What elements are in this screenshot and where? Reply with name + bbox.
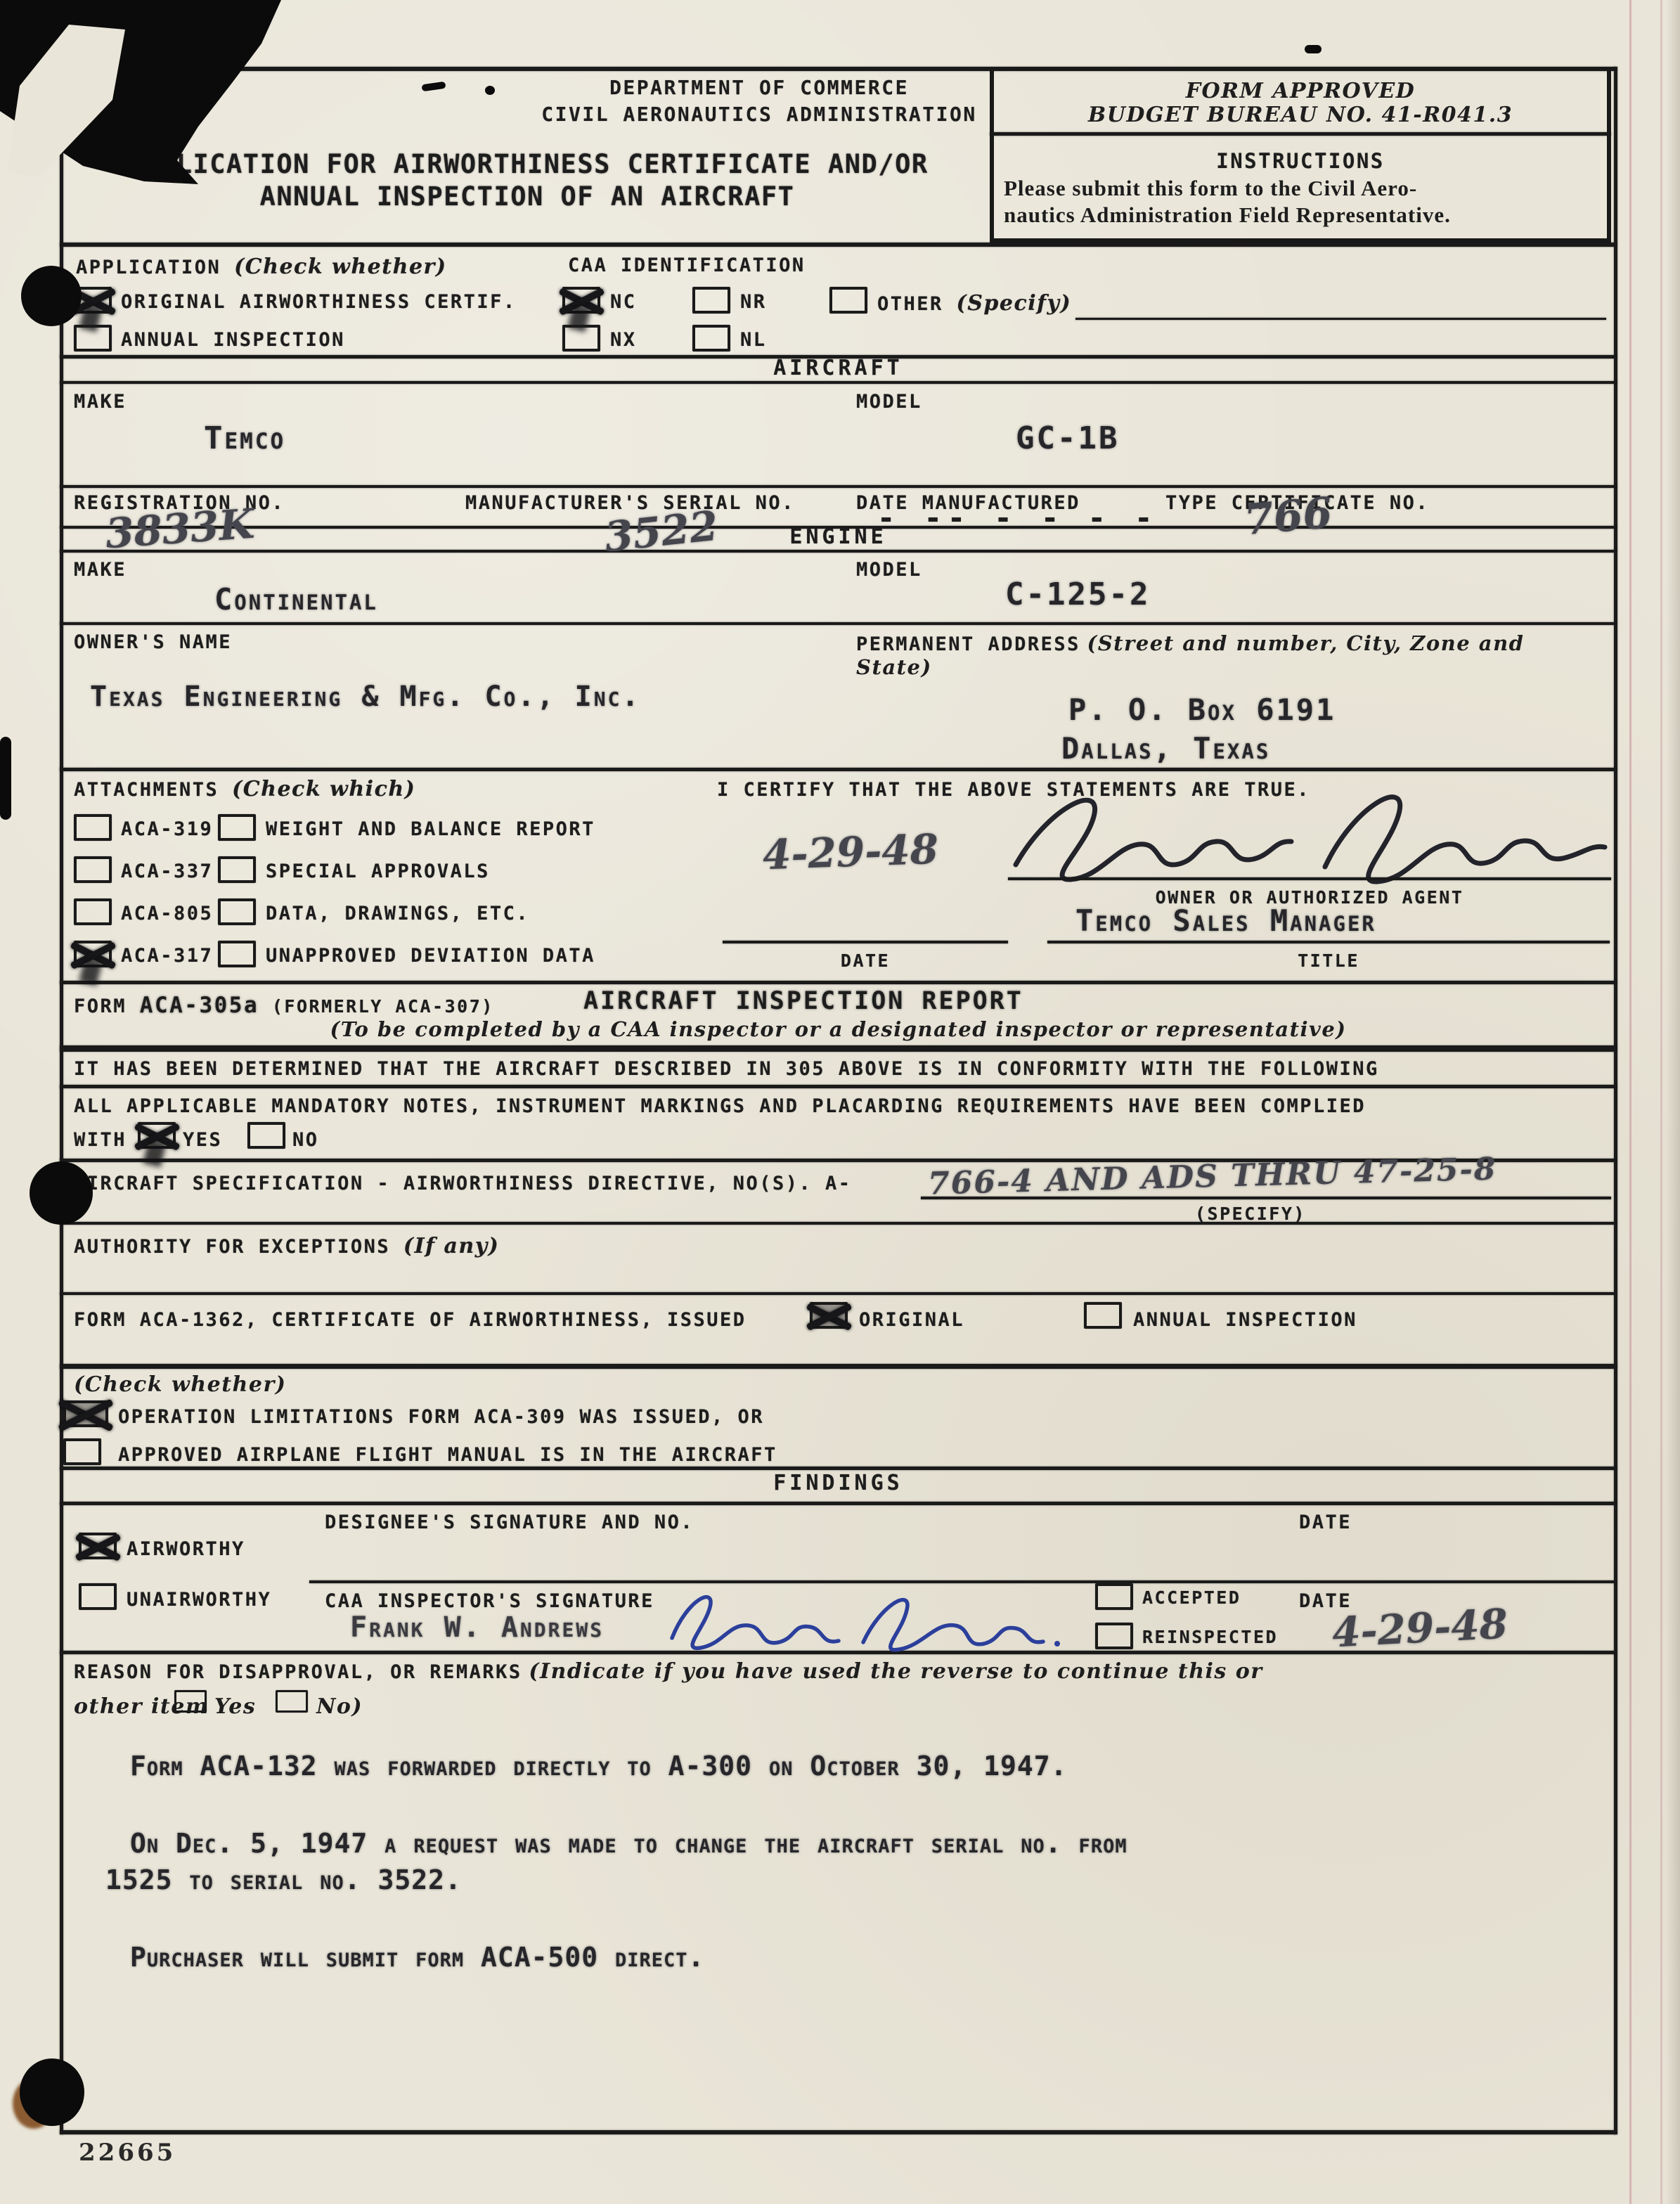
certification-title-caption: TITLE — [1047, 950, 1610, 971]
certification-date-line[interactable] — [723, 941, 1008, 943]
divider-thick — [60, 1364, 1617, 1369]
engine-model-value: C-125-2 — [1005, 576, 1150, 612]
application-label-text: APPLICATION — [76, 257, 221, 278]
remark-line-1: Form ACA-132 was forwarded directly to A… — [130, 1751, 1068, 1781]
checkbox-data-drawings[interactable] — [218, 898, 256, 925]
determination-text: IT HAS BEEN DETERMINED THAT THE AIRCRAFT… — [74, 1058, 1379, 1080]
engine-make-label: MAKE — [74, 559, 127, 581]
control-number: 22665 — [79, 2139, 176, 2167]
hole-punch-middle — [30, 1161, 93, 1225]
scan-edge-mark — [0, 737, 11, 820]
form-approved-line2: BUDGET BUREAU NO. 41-R041.3 — [991, 103, 1610, 127]
form-title-line1: APPLICATION FOR AIRWORTHINESS CERTIFICAT… — [91, 149, 963, 179]
form-approved-line1: FORM APPROVED — [991, 79, 1610, 103]
remarks-label-text: REASON FOR DISAPPROVAL, OR REMARKS — [74, 1661, 522, 1683]
specify-hint: (SPECIFY) — [1195, 1204, 1306, 1224]
findings-section-title: FINDINGS — [60, 1471, 1617, 1495]
divider — [60, 1292, 1617, 1295]
checkbox-accepted[interactable] — [1095, 1583, 1133, 1610]
scanned-form-page: DEPARTMENT OF COMMERCE CIVIL AERONAUTICS… — [0, 0, 1680, 2204]
checkbox-annual-inspection[interactable] — [74, 325, 112, 352]
remark-line-3: 1525 to serial no. 3522. — [105, 1864, 462, 1895]
instructions-title: INSTRUCTIONS — [991, 149, 1610, 173]
caa-identification-label: CAA IDENTIFICATION — [568, 254, 806, 276]
checkbox-aca-319[interactable] — [74, 814, 112, 841]
engine-make-value: Continental — [214, 582, 378, 617]
engine-section-title: ENGINE — [60, 524, 1617, 549]
option-special-approvals: SPECIAL APPROVALS — [266, 861, 490, 882]
hole-punch-bottom — [20, 2058, 84, 2126]
compliance-text: ALL APPLICABLE MANDATORY NOTES, INSTRUME… — [74, 1095, 1366, 1117]
divider — [60, 768, 1617, 771]
agency-line2: CIVIL AERONAUTICS ADMINISTRATION — [492, 103, 1026, 126]
owner-name-label: OWNER'S NAME — [74, 631, 232, 653]
authority-exceptions-label: AUTHORITY FOR EXCEPTIONS (If any) — [74, 1234, 499, 1258]
option-nc: NC — [610, 291, 637, 313]
certification-title-line[interactable] — [1047, 941, 1610, 943]
option-aca-805: ACA-805 — [121, 903, 213, 924]
aircraft-make-label: MAKE — [74, 391, 127, 413]
form-prefix: FORM — [74, 995, 127, 1017]
checkbox-issued-original[interactable] — [810, 1302, 848, 1329]
divider — [60, 485, 1617, 488]
address-line2: Dallas, Texas — [1061, 731, 1270, 766]
checkbox-reverse-yes[interactable] — [174, 1690, 207, 1713]
checkbox-flight-manual[interactable] — [63, 1438, 101, 1465]
divider-thick — [60, 1045, 1617, 1052]
certification-date-caption: DATE — [723, 950, 1008, 971]
authority-hint: (If any) — [403, 1234, 499, 1258]
checkbox-airworthy[interactable] — [79, 1533, 117, 1559]
checkbox-nc[interactable] — [562, 287, 600, 314]
divider — [60, 381, 1617, 384]
address-label: PERMANENT ADDRESS (Street and number, Ci… — [856, 631, 1601, 679]
ink-speck — [421, 82, 446, 92]
remarks-no-label: No) — [316, 1694, 363, 1719]
complied-yes-label: YES — [183, 1129, 222, 1151]
designee-signature-label: DESIGNEE'S SIGNATURE AND NO. — [325, 1512, 694, 1533]
aca-1362-label: FORM ACA-1362, CERTIFICATE OF AIRWORTHIN… — [74, 1309, 747, 1331]
owner-signature-line[interactable] — [1008, 877, 1611, 880]
option-weight-balance: WEIGHT AND BALANCE REPORT — [266, 818, 595, 840]
checkbox-unairworthy[interactable] — [79, 1583, 117, 1610]
address-label-text: PERMANENT ADDRESS — [856, 633, 1080, 655]
checkbox-unapproved-deviation[interactable] — [218, 941, 256, 967]
checkbox-nl[interactable] — [692, 325, 730, 352]
agency-line1: DEPARTMENT OF COMMERCE — [492, 76, 1026, 99]
option-issued-annual: ANNUAL INSPECTION — [1133, 1309, 1357, 1331]
form-number: ACA-305a — [140, 993, 259, 1018]
checkbox-reinspected[interactable] — [1095, 1623, 1133, 1649]
remarks-yes-label: Yes — [214, 1694, 256, 1719]
complied-no-label: NO — [292, 1129, 319, 1151]
option-nl: NL — [740, 329, 767, 351]
ink-speck — [1305, 45, 1322, 53]
remarks-label-line: REASON FOR DISAPPROVAL, OR REMARKS (Indi… — [74, 1659, 1263, 1684]
checkbox-aca-317[interactable] — [74, 941, 112, 967]
checkbox-aca-337[interactable] — [74, 856, 112, 883]
checkbox-complied-no[interactable] — [247, 1122, 285, 1149]
divider — [60, 981, 1617, 984]
attachments-hint: (Check which) — [232, 777, 415, 801]
check-whether-hint: (Check whether) — [74, 1372, 286, 1397]
remarks-hint1: (Indicate if you have used the reverse t… — [529, 1659, 1262, 1684]
owner-name-value: Texas Engineering & Mfg. Co., Inc. — [90, 681, 641, 713]
remark-line-4: Purchaser will submit form ACA-500 direc… — [130, 1942, 704, 1973]
option-data-drawings: DATA, DRAWINGS, ETC. — [266, 903, 529, 924]
inspection-date-value: 4-29-48 — [1331, 1600, 1508, 1657]
option-other: OTHER (Specify) — [877, 291, 1071, 316]
paper-edge-shade — [1666, 0, 1680, 2204]
option-nx: NX — [610, 329, 637, 351]
option-issued-original: ORIGINAL — [859, 1309, 964, 1331]
checkbox-aca-805[interactable] — [74, 898, 112, 925]
other-hint: (Specify) — [957, 291, 1072, 316]
divider — [60, 1085, 1617, 1088]
divider — [60, 1222, 1617, 1225]
checkbox-nr[interactable] — [692, 287, 730, 314]
divider — [60, 1502, 1617, 1505]
attachments-label: ATTACHMENTS (Check which) — [74, 777, 415, 801]
aircraft-model-label: MODEL — [856, 391, 922, 413]
option-flight-manual: APPROVED AIRPLANE FLIGHT MANUAL IS IN TH… — [118, 1444, 777, 1466]
certification-title-value: Temco Sales Manager — [1075, 903, 1376, 938]
option-original-airworthiness: ORIGINAL AIRWORTHINESS CERTIF. — [121, 291, 517, 313]
option-annual-inspection: ANNUAL INSPECTION — [121, 329, 345, 351]
ink-speck — [485, 86, 495, 95]
aircraft-make-value: Temco — [204, 420, 285, 456]
form-border-bottom — [60, 2130, 1617, 2134]
application-hint: (Check whether) — [234, 254, 446, 279]
remark-line-2: On Dec. 5, 1947 a request was made to ch… — [130, 1828, 1127, 1859]
instructions-line1: Please submit this form to the Civil Aer… — [1004, 176, 1417, 201]
checkbox-reverse-no[interactable] — [276, 1690, 308, 1713]
checkbox-operation-limitations[interactable] — [63, 1400, 108, 1427]
form-formerly: (FORMERLY ACA-307) — [272, 996, 494, 1017]
certification-date-value: 4-29-48 — [762, 825, 939, 879]
checkbox-nx[interactable] — [562, 325, 600, 352]
checkbox-issued-annual[interactable] — [1084, 1302, 1122, 1329]
application-label: APPLICATION (Check whether) — [76, 254, 447, 279]
inspection-report-title: AIRCRAFT INSPECTION REPORT — [583, 987, 1023, 1015]
attachments-label-text: ATTACHMENTS — [74, 779, 219, 801]
address-line1: P. O. Box 6191 — [1068, 692, 1336, 727]
checkbox-other[interactable] — [829, 287, 867, 314]
other-specify-field[interactable] — [1075, 318, 1606, 320]
checkbox-complied-yes[interactable] — [138, 1122, 176, 1149]
option-unapproved-deviation: UNAPPROVED DEVIATION DATA — [266, 945, 595, 967]
divider — [60, 1467, 1617, 1470]
option-aca-317: ACA-317 — [121, 945, 213, 967]
caa-inspector-label: CAA INSPECTOR'S SIGNATURE — [325, 1590, 654, 1612]
inspector-name-stamp: Frank W. Andrews — [350, 1611, 604, 1644]
option-airworthy: AIRWORTHY — [127, 1538, 245, 1560]
instructions-line2: nautics Administration Field Representat… — [1004, 202, 1451, 228]
inspector-signature[interactable] — [659, 1583, 1067, 1657]
aca-305a-line: FORM ACA-305a (FORMERLY ACA-307) — [74, 993, 494, 1018]
option-aca-337: ACA-337 — [121, 861, 213, 882]
option-nr: NR — [740, 291, 767, 313]
option-reinspected: REINSPECTED — [1142, 1627, 1278, 1647]
aircraft-section-title: AIRCRAFT — [60, 356, 1617, 380]
other-label-text: OTHER — [877, 293, 943, 315]
checkbox-special-approvals[interactable] — [218, 856, 256, 883]
spec-directive-line[interactable] — [921, 1197, 1611, 1199]
inspection-report-subtitle: (To be completed by a CAA inspector or a… — [60, 1017, 1617, 1041]
with-label: WITH — [74, 1129, 127, 1151]
scan-line-artifact — [1660, 0, 1662, 2204]
divider — [60, 243, 1617, 247]
checkbox-weight-balance[interactable] — [218, 814, 256, 841]
authority-label-text: AUTHORITY FOR EXCEPTIONS — [74, 1236, 390, 1258]
spec-directive-label: AIRCRAFT SPECIFICATION - AIRWORTHINESS D… — [74, 1173, 852, 1194]
option-accepted: ACCEPTED — [1142, 1587, 1241, 1608]
option-aca-319: ACA-319 — [121, 818, 213, 840]
designee-date-label: DATE — [1299, 1512, 1352, 1533]
scan-line-artifact — [1629, 0, 1631, 2204]
divider — [60, 622, 1617, 625]
engine-model-label: MODEL — [856, 559, 922, 581]
hole-punch-top — [21, 266, 82, 326]
divider — [990, 132, 1611, 136]
form-title-line2: ANNUAL INSPECTION OF AN AIRCRAFT — [91, 181, 963, 212]
owner-signature[interactable] — [995, 777, 1627, 889]
option-operation-limitations: OPERATION LIMITATIONS FORM ACA-309 WAS I… — [118, 1406, 764, 1428]
aircraft-model-value: GC-1B — [1016, 420, 1119, 456]
divider — [60, 550, 1617, 553]
option-unairworthy: UNAIRWORTHY — [127, 1589, 271, 1611]
